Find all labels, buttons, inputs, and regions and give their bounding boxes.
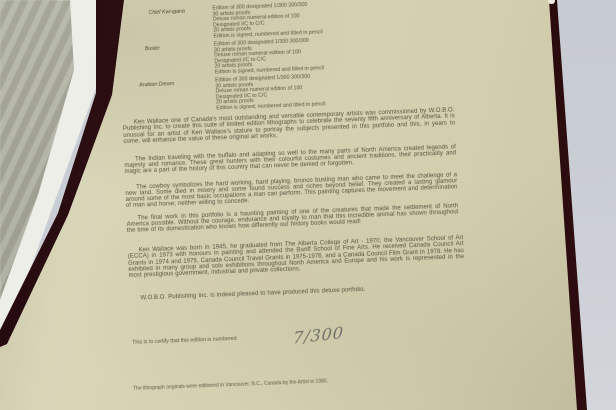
- edition-title: Arabian Dream: [139, 81, 174, 88]
- certification-line: This is to certify that this edition is …: [132, 332, 344, 352]
- certification-label: This is to certify that this edition is …: [132, 336, 237, 346]
- edition-details: Edition of 300 designated 1/300 300/300 …: [215, 69, 452, 111]
- paragraph-final-work: The final work in this portfolio is a ha…: [126, 203, 458, 234]
- photo-scene: Chief Kwi-igana Edition of 300 designate…: [0, 0, 616, 410]
- paragraph-publisher: W.O.B.O. Publishing Inc. is indeed pleas…: [129, 283, 461, 302]
- paragraph-indian: The Indian traveling with the buffalo an…: [124, 144, 456, 175]
- edition-details: Edition of 300 designated 1/300 300/300 …: [214, 33, 451, 75]
- paragraph-biography: Ken Wallace was born in 1945, he graduat…: [128, 235, 465, 279]
- edition-list: Chief Kwi-igana Edition of 300 designate…: [118, 0, 452, 118]
- handwritten-edition-number: 7/300: [292, 323, 344, 348]
- footer-note: The lithograph originals were editioned …: [133, 373, 473, 392]
- edition-details: Edition of 300 designated 1/300 300/300 …: [212, 0, 449, 40]
- edition-title: Buster: [145, 46, 160, 53]
- printed-text-block: Chief Kwi-igana Edition of 300 designate…: [118, 0, 475, 408]
- edition-title: Chief Kwi-igana: [148, 9, 185, 16]
